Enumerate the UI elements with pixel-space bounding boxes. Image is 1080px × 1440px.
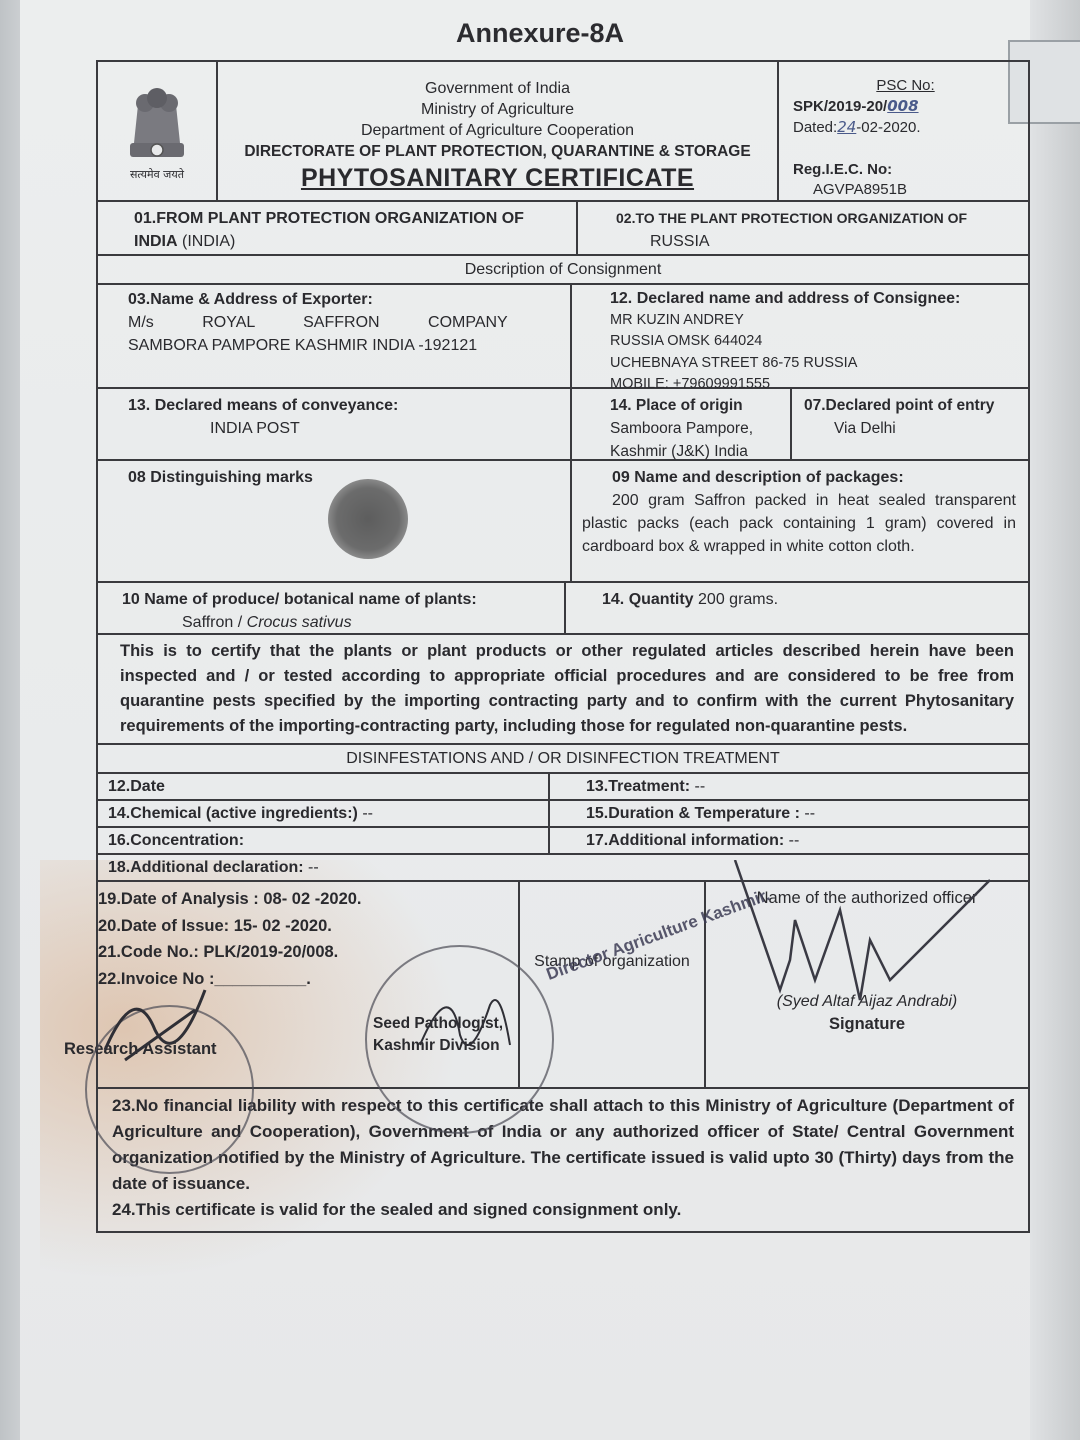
- marks-label: 08 Distinguishing marks: [128, 466, 558, 489]
- invoice-label: 22.Invoice No :: [98, 970, 214, 988]
- officer-name: (Syed Altaf Aijaz Andrabi): [718, 990, 1016, 1013]
- distinguishing-mark-stamp: [328, 479, 408, 559]
- department-line: Department of Agriculture Cooperation: [218, 120, 777, 141]
- origin-value: Samboora Pampore, Kashmir (J&K) India: [610, 417, 778, 463]
- psc-handwritten: 008: [887, 97, 918, 115]
- consignment-heading-row: Description of Consignment: [98, 256, 1028, 285]
- emblem-motto: सत्यमेव जयते: [130, 167, 184, 182]
- produce-botanical: Crocus sativus: [247, 614, 352, 631]
- origin-label: 14. Place of origin: [610, 394, 778, 417]
- authorized-officer-label: Name of the authorized officer: [718, 886, 1016, 910]
- treatment-row-4: 18.Additional declaration: --: [98, 855, 1028, 882]
- ministry-line: Ministry of Agriculture: [218, 99, 777, 120]
- treatment-label: 13.Treatment:: [586, 778, 690, 795]
- to-org-value: RUSSIA: [616, 230, 1016, 253]
- directorate-line: DIRECTORATE OF PLANT PROTECTION, QUARANT…: [218, 141, 777, 162]
- reg-label: Reg.I.E.C. No:: [793, 160, 1018, 180]
- code-number: 21.Code No.: PLK/2019-20/008.: [98, 939, 518, 966]
- chemical-label: 14.Chemical (active ingredients:): [108, 805, 358, 822]
- invoice-value: __________.: [214, 970, 310, 988]
- treatment-value: --: [695, 778, 706, 795]
- from-org-value: (INDIA): [182, 233, 235, 250]
- packages-value: 200 gram Saffron packed in heat sealed t…: [582, 489, 1016, 558]
- treatment-row-2: 14.Chemical (active ingredients:) -- 15.…: [98, 801, 1028, 828]
- national-emblem-icon: [112, 83, 202, 163]
- clause-24: 24.This certificate is valid for the sea…: [112, 1197, 1014, 1223]
- additional-decl-value: --: [308, 859, 319, 876]
- consignee-line: MR KUZIN ANDREY: [610, 310, 1016, 332]
- issue-date: 20.Date of Issue: 15- 02 -2020.: [98, 913, 518, 940]
- emblem-block: सत्यमेव जयते: [98, 62, 218, 200]
- chemical-value: --: [362, 805, 373, 822]
- issue-signature-row: 19.Date of Analysis : 08- 02 -2020. 20.D…: [98, 882, 1028, 1089]
- psc-number: SPK/2019-20/: [793, 98, 887, 115]
- additional-info-value: --: [789, 832, 800, 849]
- issuing-authority: Government of India Ministry of Agricult…: [218, 62, 779, 200]
- entry-value: Via Delhi: [804, 417, 1016, 440]
- produce-quantity-row: 10 Name of produce/ botanical name of pl…: [98, 583, 1028, 635]
- certificate-form: सत्यमेव जयते Government of India Ministr…: [96, 60, 1030, 1233]
- duration-label: 15.Duration & Temperature :: [586, 805, 800, 822]
- consignee-label: 12. Declared name and address of Consign…: [610, 288, 1016, 310]
- exporter-address: SAMBORA PAMPORE KASHMIR INDIA -192121: [128, 334, 558, 357]
- certification-text: This is to certify that the plants or pl…: [98, 635, 1028, 743]
- gov-line: Government of India: [218, 78, 777, 99]
- footer-clauses: 23.No financial liability with respect t…: [98, 1089, 1028, 1231]
- consignee-line: UCHEBNAYA STREET 86-75 RUSSIA: [610, 353, 1016, 375]
- conveyance-label: 13. Declared means of conveyance:: [128, 394, 558, 417]
- exporter-consignee-row: 03.Name & Address of Exporter: M/s ROYAL…: [98, 283, 1028, 389]
- treatment-row-1: 12.Date 13.Treatment: --: [98, 774, 1028, 801]
- treatment-row-3: 16.Concentration: 17.Additional informat…: [98, 828, 1028, 855]
- quantity-value: 200 grams.: [698, 591, 778, 608]
- conveyance-origin-row: 13. Declared means of conveyance: INDIA …: [98, 389, 1028, 461]
- certification-row: This is to certify that the plants or pl…: [98, 635, 1028, 745]
- marks-packages-row: 08 Distinguishing marks 09 Name and desc…: [98, 461, 1028, 583]
- dated-rest: -02-2020.: [856, 119, 920, 136]
- to-org-label: 02.TO THE PLANT PROTECTION ORGANIZATION …: [616, 207, 1016, 230]
- seed-pathologist-label: Seed Pathologist,: [373, 1013, 503, 1035]
- consignment-heading: Description of Consignment: [98, 256, 1028, 283]
- dated-label: Dated:: [793, 119, 837, 136]
- conveyance-value: INDIA POST: [128, 417, 558, 440]
- additional-info-label: 17.Additional information:: [586, 832, 784, 849]
- packages-label: 09 Name and description of packages:: [582, 466, 1016, 489]
- analysis-date: 19.Date of Analysis : 08- 02 -2020.: [98, 886, 518, 913]
- treatment-heading: DISINFESTATIONS AND / OR DISINFECTION TR…: [98, 745, 1028, 772]
- reg-value: AGVPA8951B: [793, 180, 1018, 200]
- org-row: 01.FROM PLANT PROTECTION ORGANIZATION OF…: [98, 202, 1028, 256]
- certificate-header: सत्यमेव जयते Government of India Ministr…: [98, 62, 1028, 202]
- exporter-label: 03.Name & Address of Exporter:: [128, 288, 558, 311]
- duration-value: --: [804, 805, 815, 822]
- certificate-title: PHYTOSANITARY CERTIFICATE: [218, 168, 777, 189]
- annexure-title: Annexure-8A: [0, 18, 1080, 49]
- additional-decl-label: 18.Additional declaration:: [108, 859, 304, 876]
- produce-common: Saffron /: [182, 614, 247, 631]
- produce-label: 10 Name of produce/ botanical name of pl…: [122, 588, 552, 611]
- psc-label: PSC No:: [793, 76, 1018, 96]
- clause-23: 23.No financial liability with respect t…: [112, 1093, 1014, 1197]
- entry-label: 07.Declared point of entry: [804, 394, 1016, 417]
- treatment-heading-row: DISINFESTATIONS AND / OR DISINFECTION TR…: [98, 745, 1028, 774]
- psc-block: PSC No: SPK/2019-20/008 Dated:24-02-2020…: [779, 62, 1028, 200]
- signature-label: Signature: [718, 1013, 1016, 1036]
- treatment-date-label: 12.Date: [98, 774, 550, 799]
- quantity-label: 14. Quantity: [602, 591, 694, 608]
- consignee-line: RUSSIA OMSK 644024: [610, 331, 1016, 353]
- stamp-of-organization-label: Stamp of organization: [532, 952, 692, 972]
- division-label: Kashmir Division: [373, 1035, 503, 1057]
- concentration-label: 16.Concentration:: [98, 828, 550, 853]
- dated-handwritten: 24: [837, 118, 856, 136]
- exporter-name: M/s ROYAL SAFFRON COMPANY: [128, 311, 558, 334]
